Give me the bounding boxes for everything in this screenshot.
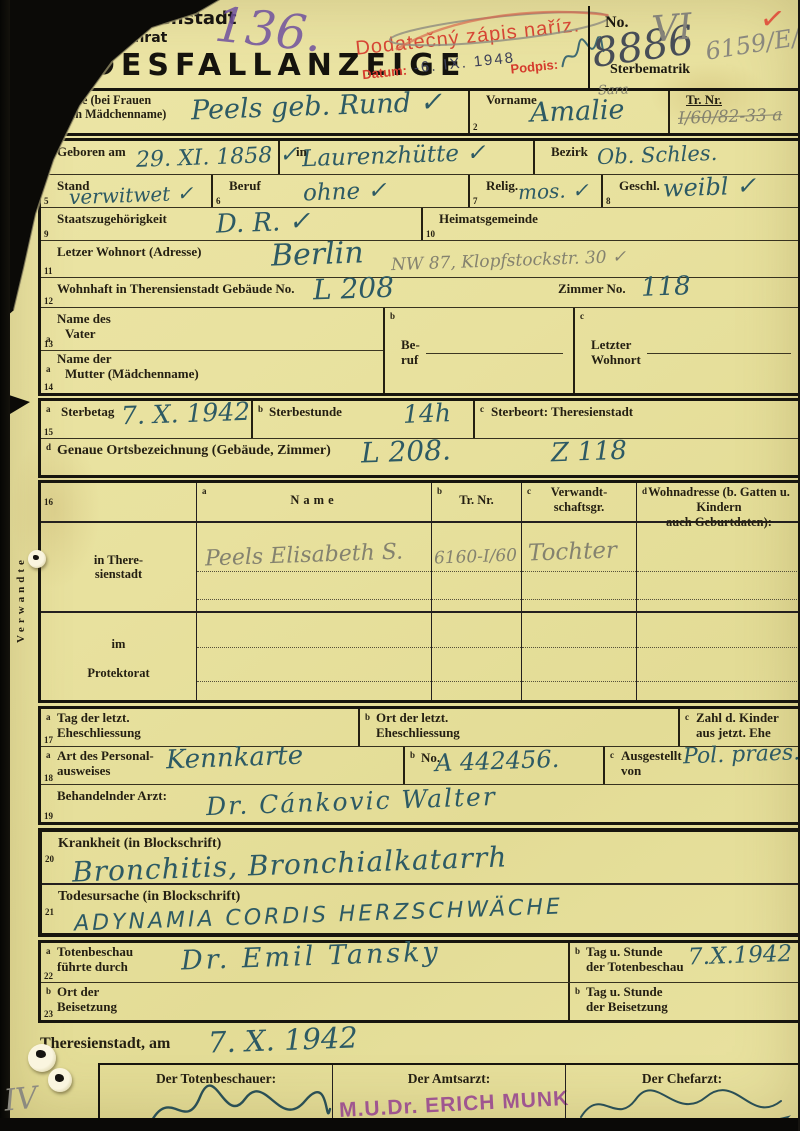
field-ausgestellt: Ausgestelltvon c Pol. praes. Berlin <box>603 747 800 784</box>
field-geburtsort: in Laurenzhütte ✓ <box>278 141 533 174</box>
table-corner: 16 <box>41 483 196 523</box>
verwandte-vertical-label: Verwandte <box>15 573 37 723</box>
row-theresienstadt: in There-sienstadt Peels Elisabeth S. 61… <box>41 523 800 611</box>
scan-edge-bottom <box>0 1118 800 1131</box>
field-ort-eheschliessung: Ort der letzt.Eheschliessung b <box>358 709 678 746</box>
relig-value: mos. ✓ <box>518 178 590 204</box>
field-personalausweis: Art des Personal-ausweises a 18 Kennkart… <box>41 747 403 784</box>
vorname-value: Amalie <box>529 94 624 128</box>
no-box-border <box>588 6 590 88</box>
field-vorname: Vorname 2 Sara Amalie <box>468 91 668 133</box>
field-geschl: Geschl. 8 weibl ✓ <box>601 175 800 207</box>
verwandte-table: Verwandte 16 a Name b Tr. Nr. c Verwandt… <box>38 480 800 703</box>
red-stamp-podpis-label: Podpis: <box>510 57 559 77</box>
arzt-value: Dr. Cánkovic Walter <box>206 782 498 821</box>
punch-hole <box>28 550 46 568</box>
bezirk-value: Ob. Schles. <box>597 141 718 169</box>
no-pencil-mark: VI <box>650 6 694 50</box>
ortsbezeichnung-zimmer: Z 118 <box>550 436 627 469</box>
field-arzt: Behandelnder Arzt: 19 Dr. Cánkovic Walte… <box>41 785 800 822</box>
sterbematrik-label: Sterbematrik <box>610 62 690 78</box>
col-wohnadresse: d Wohnadresse (b. Gatten u. Kindernauch … <box>636 483 800 523</box>
sterbe-box: Sterbetag a 15 7. X. 1942 Sterbestunde b… <box>38 398 800 478</box>
geburtsort-value: Laurenzhütte ✓ <box>302 140 486 172</box>
field-eltern-wohnort: c LetzterWohnort <box>573 308 800 393</box>
trnr-value: I/60/82-33 a <box>678 105 783 129</box>
geschl-value: weibl ✓ <box>663 171 757 202</box>
col-name: a Name <box>196 483 431 523</box>
field-krankheit: Krankheit (in Blockschrift) 20 Bronchiti… <box>42 832 800 883</box>
field-totenbeschau-zeit: Tag u. Stundeder Totenbeschau b 7.X.1942… <box>568 943 800 982</box>
field-sterbeort: Sterbeort: Theresienstadt c <box>473 401 800 438</box>
cell-name: Peels Elisabeth S. <box>196 523 431 611</box>
footer-date-value: 7. X. 1942 <box>207 1020 358 1059</box>
cell-verwandtschaft: Tochter <box>521 523 636 611</box>
field-relig: Relig. 7 mos. ✓ <box>468 175 601 207</box>
footer-date-line: Theresienstadt, am 7. X. 1942 <box>38 1029 800 1063</box>
ausweis-no-value: A 442456. <box>435 745 560 777</box>
red-stamp: Dodatečný zápis naříz. Datum: -6. IX. 19… <box>354 14 581 60</box>
ausweis-art-value: Kennkarte <box>166 741 304 776</box>
red-checkmark: ✓ <box>758 0 788 38</box>
zimmer-value: 118 <box>640 271 691 303</box>
krankheit-box: Krankheit (in Blockschrift) 20 Bronchiti… <box>38 828 800 937</box>
field-eltern-beruf: b Be-ruf <box>383 308 573 393</box>
totenbeschau-zeit-value: 7.X.1942 16h. 25 <box>688 938 800 971</box>
ortsbezeichnung-gebaeude: L 208. <box>360 433 451 469</box>
col-trnr: b Tr. Nr. <box>431 483 521 523</box>
relative-name: Peels Elisabeth S. <box>205 540 404 572</box>
field-ausweis-no: No. b A 442456. <box>403 747 603 784</box>
no-pencil-number: 6159/E/60 <box>704 18 800 65</box>
field-heimat: Heimatsgemeinde 10 <box>421 208 800 240</box>
relative-relation: Tochter <box>528 537 618 566</box>
wohnort-ink: Berlin <box>270 235 364 273</box>
pencil-margin-mark: IV <box>2 1080 39 1118</box>
row-label-protektorat: imProtektorat <box>41 613 196 700</box>
scan-edge-left <box>0 0 10 1131</box>
field-beisetzung-ort: Ort derBeisetzung b 23 <box>41 983 568 1020</box>
field-sterbestunde: Sterbestunde b 14h <box>251 401 473 438</box>
sterbetag-value: 7. X. 1942 <box>121 397 251 430</box>
field-bezirk: Bezirk Ob. Schles. <box>533 141 800 174</box>
field-todesursache: Todesursache (in Blockschrift) 21 ADYNAM… <box>42 885 800 933</box>
punch-hole <box>28 1044 56 1072</box>
field-ortsbezeichnung: Genaue Ortsbezeichnung (Gebäude, Zimmer)… <box>41 439 800 475</box>
totenbeschau-box: Totenbeschauführte durch a 22 Dr. Emil T… <box>38 940 800 1023</box>
row-protektorat: imProtektorat <box>41 611 800 700</box>
row-label-theresienstadt: in There-sienstadt <box>41 523 196 611</box>
field-beruf: Beruf 6 ohne ✓ <box>211 175 468 207</box>
torn-corner <box>0 0 230 330</box>
cell-trnr: 6160-I/60 <box>431 523 521 611</box>
field-beisetzung-zeit: Tag u. Stundeder Beisetzung b <box>568 983 800 1020</box>
field-trnr: Tr. Nr. I/60/82-33 a <box>668 91 800 133</box>
gebaeude-value: L 208 <box>312 271 394 307</box>
wohnort-pencil: NW 87, Klopfstockstr. 30 ✓ <box>391 247 627 275</box>
cell-wohnadresse <box>636 523 800 611</box>
field-sterbetag: Sterbetag a 15 7. X. 1942 <box>41 401 251 438</box>
sterbestunde-value: 14h <box>403 398 452 429</box>
field-tag-eheschliessung: Tag der letzt.Eheschliessung a 17 <box>41 709 358 746</box>
col-verwandtschaft: c Verwandt-schaftsgr. <box>521 483 636 523</box>
relative-trnr: 6160-I/60 <box>434 546 518 569</box>
punch-hole <box>48 1068 72 1092</box>
ehe-ausweis-box: Tag der letzt.Eheschliessung a 17 Ort de… <box>38 706 800 825</box>
field-totenbeschau: Totenbeschauführte durch a 22 Dr. Emil T… <box>41 943 568 982</box>
beruf-value: ohne ✓ <box>303 178 388 207</box>
